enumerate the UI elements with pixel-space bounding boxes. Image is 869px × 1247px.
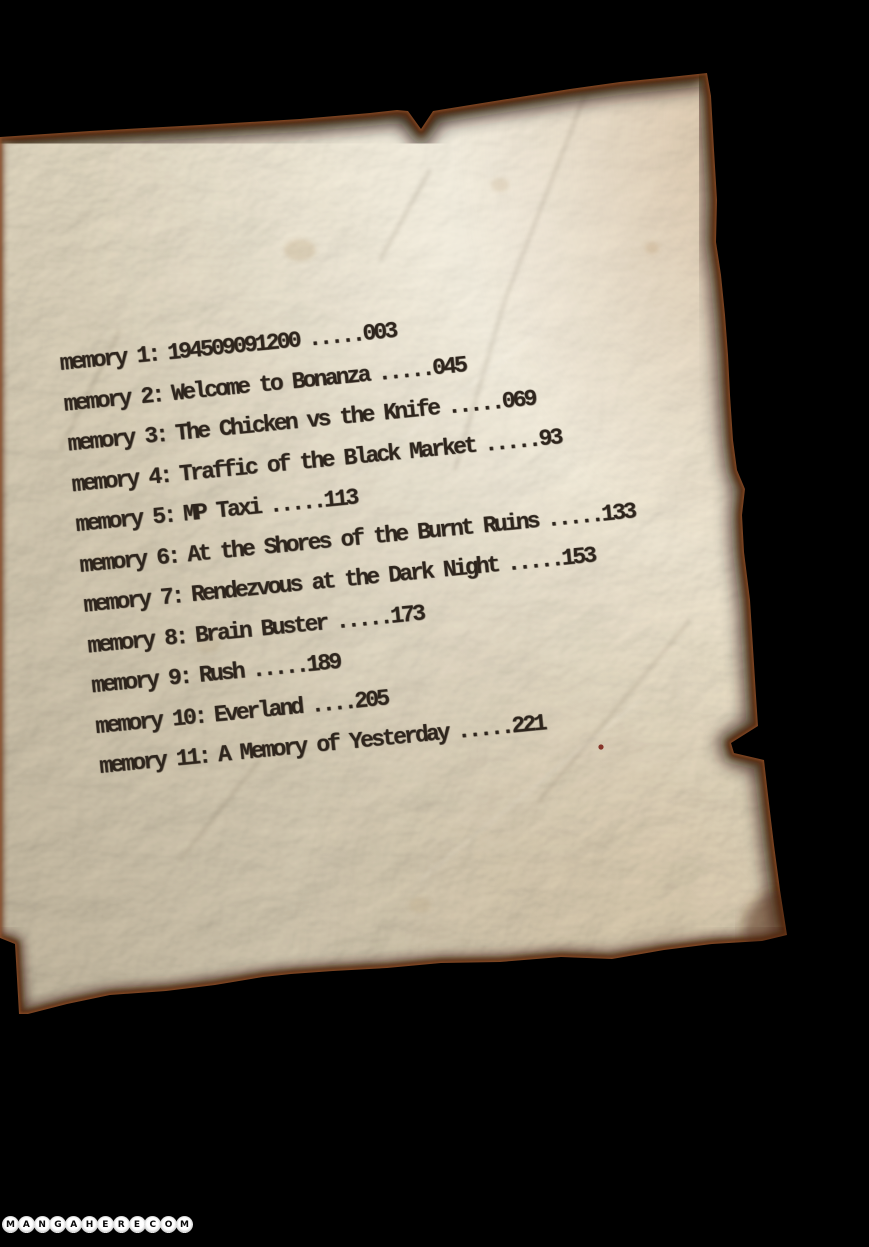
watermark-letter: M — [176, 1216, 193, 1233]
watermark-letter: M — [2, 1216, 19, 1233]
watermark-letter: R — [113, 1216, 130, 1233]
watermark-letter: E — [97, 1216, 114, 1233]
watermark-letter: A — [65, 1216, 82, 1233]
chapter-title: MP Taxi — [182, 494, 261, 527]
chapter-page: .....189 — [251, 649, 341, 683]
chapter-page: .....003 — [307, 318, 397, 352]
chapter-page: .....069 — [446, 386, 536, 420]
chapter-label: memory 5: — [74, 503, 175, 539]
watermark-mangahere: M A N G A H E R E C O M — [2, 1216, 192, 1233]
chapter-page: ....205 — [309, 685, 388, 718]
chapter-label: memory 1: — [59, 341, 160, 377]
chapter-label: memory 2: — [63, 382, 164, 418]
chapter-label: memory 3: — [67, 422, 168, 458]
chapter-page: .....173 — [334, 600, 424, 634]
chapter-label: memory 4: — [71, 462, 172, 498]
chapter-label: memory 8: — [86, 623, 187, 659]
ink-speck — [598, 744, 603, 749]
chapter-page: .....221 — [456, 710, 546, 744]
watermark-letter: G — [49, 1216, 66, 1233]
chapter-page: .....133 — [545, 498, 635, 532]
chapter-label: memory 11: — [98, 743, 210, 780]
chapter-page: .....113 — [268, 485, 358, 519]
watermark-letter: N — [34, 1216, 51, 1233]
chapter-page: .....93 — [483, 424, 562, 457]
watermark-letter: C — [144, 1216, 161, 1233]
chapter-title: Everland — [213, 694, 303, 728]
chapter-page: .....153 — [505, 543, 595, 577]
chapter-label: memory 10: — [94, 703, 206, 740]
chapter-title: 194509091200 — [166, 328, 300, 367]
table-of-contents: memory 1:194509091200.....003 memory 2:W… — [58, 290, 656, 788]
manga-page: memory 1:194509091200.....003 memory 2:W… — [0, 0, 869, 1247]
watermark-letter: A — [18, 1216, 35, 1233]
chapter-label: memory 9: — [90, 664, 191, 700]
watermark-letter: O — [160, 1216, 177, 1233]
watermark-letter: H — [81, 1216, 98, 1233]
chapter-title: Rush — [198, 659, 244, 689]
chapter-title: Brain Buster — [194, 610, 328, 649]
watermark-letter: E — [129, 1216, 146, 1233]
chapter-label: memory 7: — [82, 583, 183, 619]
chapter-label: memory 6: — [78, 543, 179, 579]
chapter-page: .....045 — [376, 352, 466, 386]
